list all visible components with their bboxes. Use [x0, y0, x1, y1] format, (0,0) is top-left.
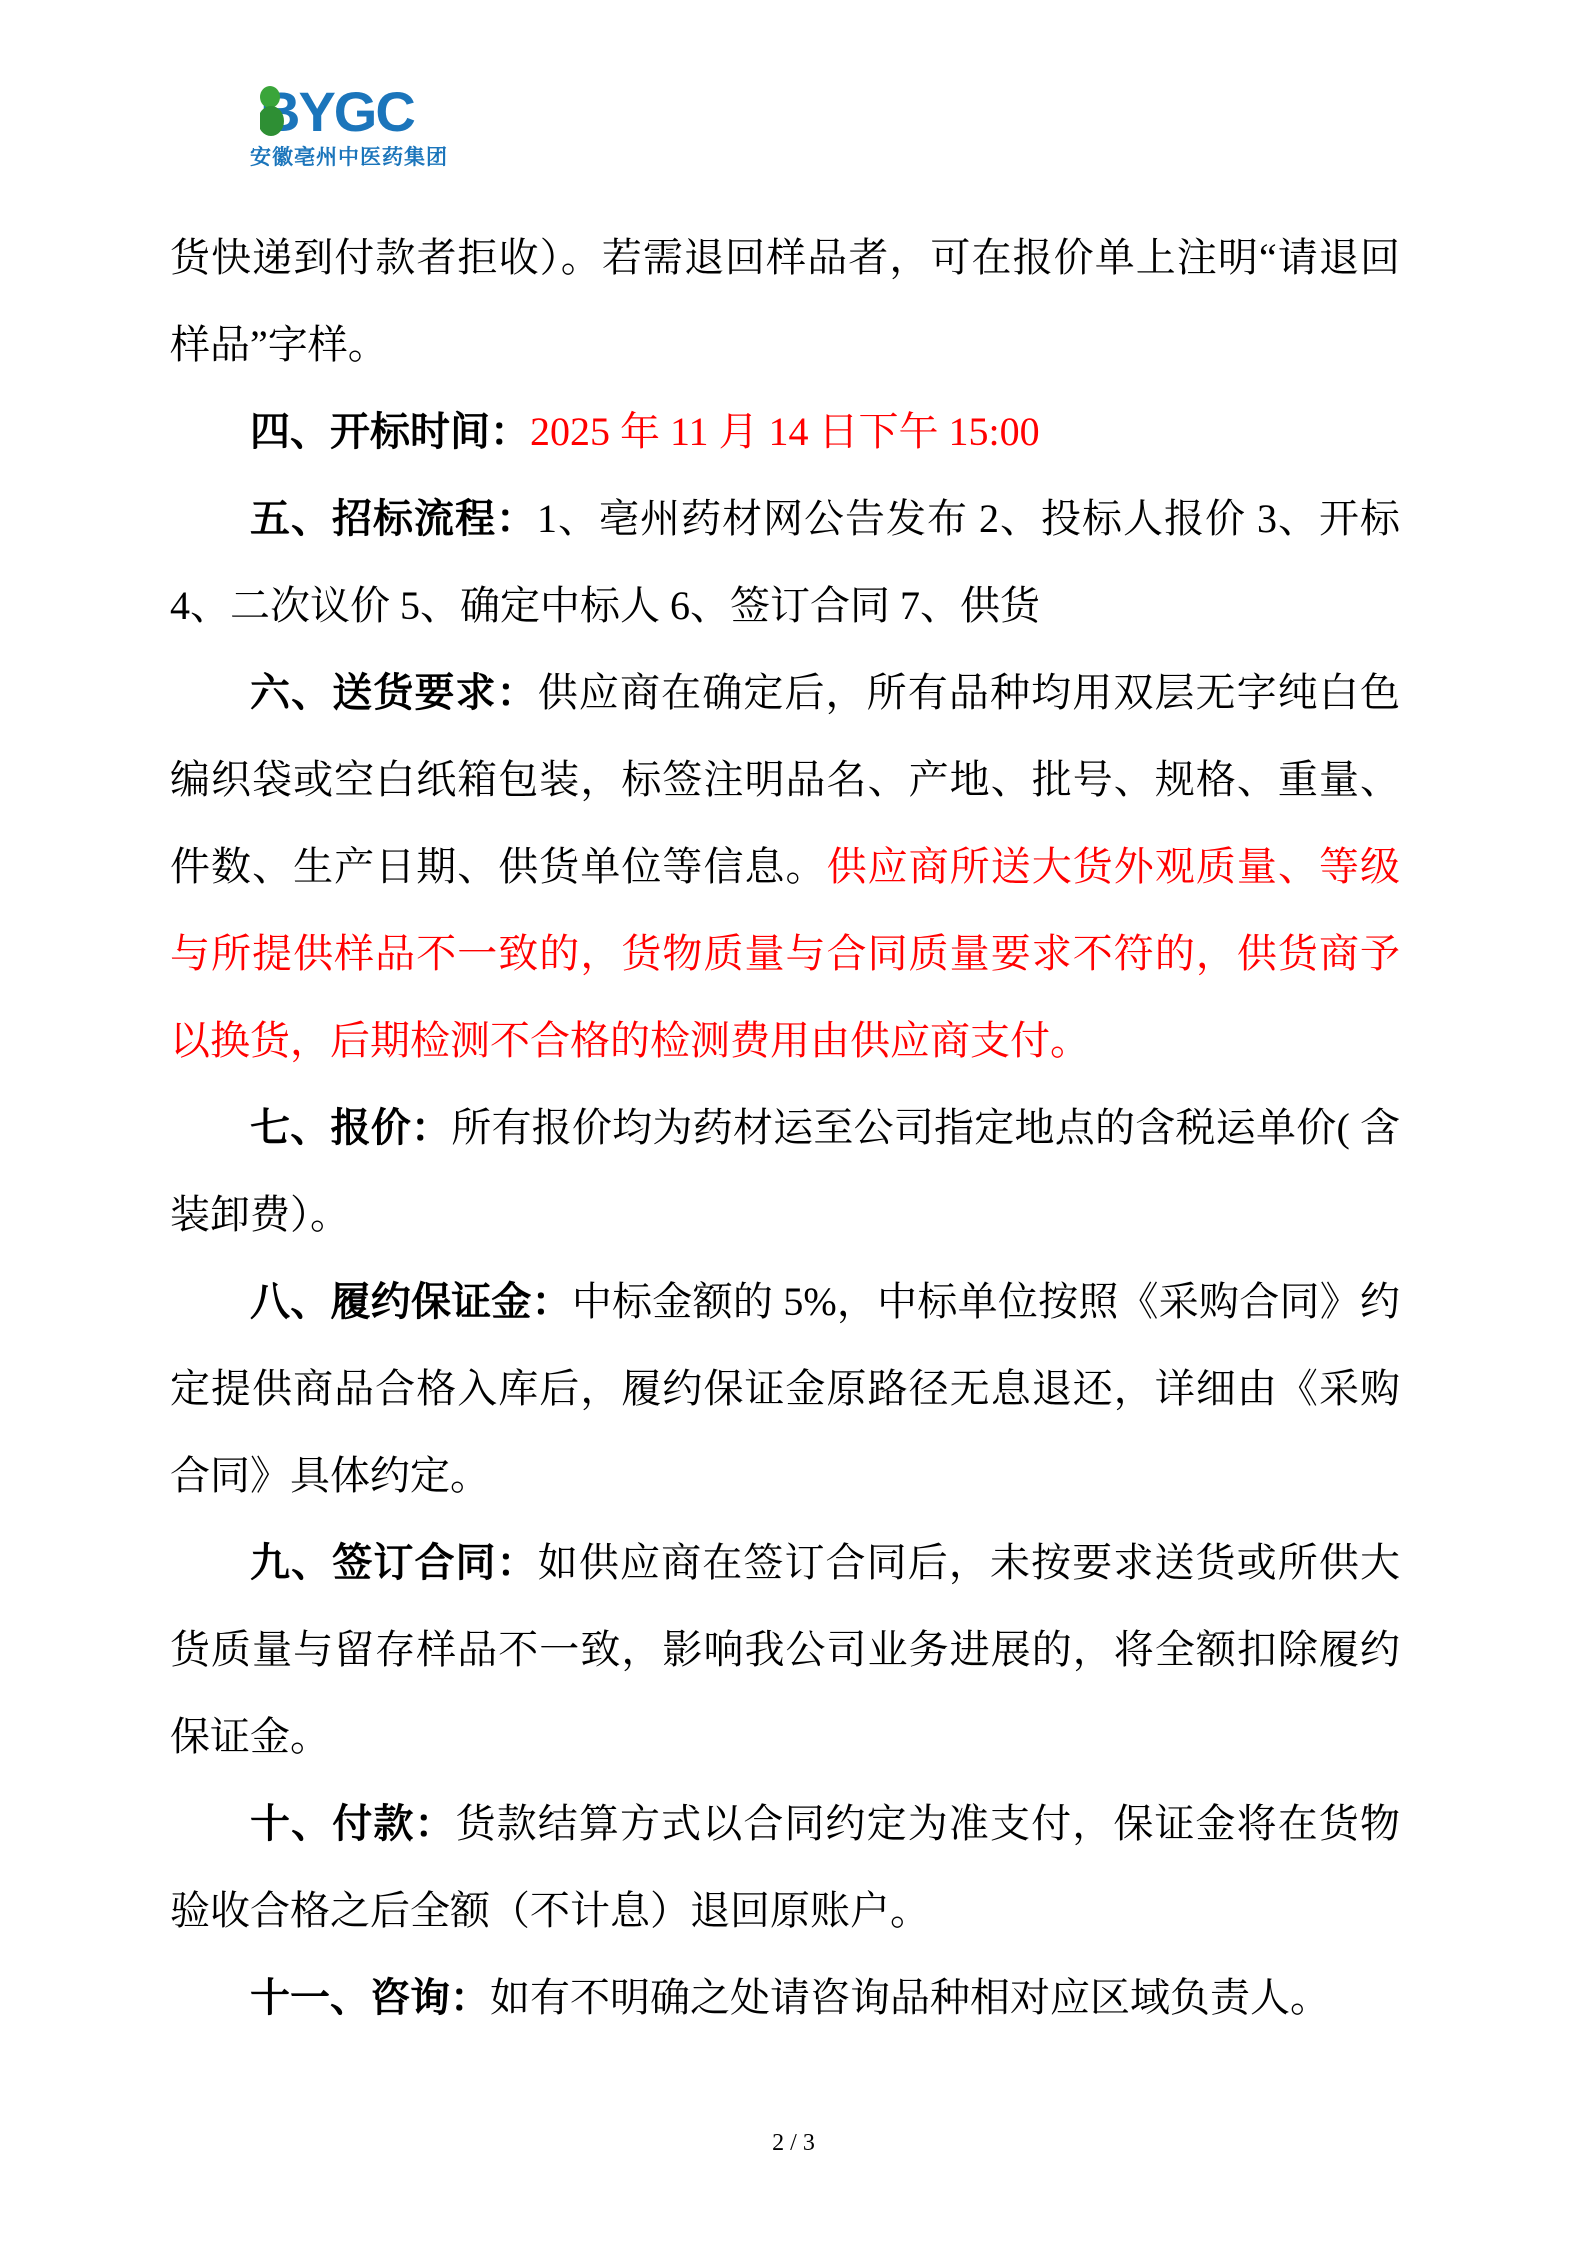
page-number: 2 / 3	[772, 2130, 815, 2156]
text-run-bold: 八、履约保证金：	[250, 1279, 572, 1324]
paragraph: 货快递到付款者拒收）。若需退回样品者，可在报价单上注明“请退回样品”字样。	[170, 214, 1400, 388]
text-run-red: 2025 年 11 月 14 日下午 15:00	[530, 409, 1040, 454]
paragraph: 六、送货要求：供应商在确定后，所有品种均用双层无字纯白色编织袋或空白纸箱包装，标…	[170, 649, 1400, 1084]
text-run-bold: 十一、咨询：	[250, 1975, 490, 2020]
logo-acronym-graphic: BYGC	[260, 80, 420, 140]
document-page: BYGC 安徽亳州中医药集团 货快递到付款者拒收）。若需退回样品者，可在报价单上…	[0, 0, 1587, 2245]
paragraph: 九、签订合同：如供应商在签订合同后，未按要求送货或所供大货质量与留存样品不一致，…	[170, 1519, 1400, 1780]
text-run-normal: 如有不明确之处请咨询品种相对应区域负责人。	[490, 1975, 1330, 2020]
paragraph: 七、报价：所有报价均为药材运至公司指定地点的含税运单价( 含装卸费）。	[170, 1084, 1400, 1258]
text-run-bold: 五、招标流程：	[250, 496, 537, 541]
paragraph: 五、招标流程：1、亳州药材网公告发布 2、投标人报价 3、开标 4、二次议价 5…	[170, 475, 1400, 649]
paragraph: 八、履约保证金：中标金额的 5%，中标单位按照《采购合同》约定提供商品合格入库后…	[170, 1258, 1400, 1519]
text-run-bold: 十、付款：	[250, 1801, 456, 1846]
paragraph: 十、付款：货款结算方式以合同约定为准支付，保证金将在货物验收合格之后全额（不计息…	[170, 1780, 1400, 1954]
company-logo: BYGC 安徽亳州中医药集团	[250, 80, 470, 171]
text-run-normal: 货快递到付款者拒收）。若需退回样品者，可在报价单上注明“请退回样品”字样。	[170, 235, 1400, 367]
text-run-bold: 四、开标时间：	[250, 409, 530, 454]
text-run-bold: 九、签订合同：	[250, 1540, 538, 1585]
text-run-bold: 七、报价：	[250, 1105, 451, 1150]
logo-company-name: 安徽亳州中医药集团	[250, 141, 470, 171]
text-run-bold: 六、送货要求：	[250, 670, 538, 715]
logo-acronym-text: BYGC	[260, 80, 414, 140]
page-footer: 2 / 3	[0, 2130, 1587, 2157]
paragraph: 四、开标时间：2025 年 11 月 14 日下午 15:00	[170, 388, 1400, 475]
document-body: 货快递到付款者拒收）。若需退回样品者，可在报价单上注明“请退回样品”字样。四、开…	[170, 214, 1400, 2041]
paragraph: 十一、咨询：如有不明确之处请咨询品种相对应区域负责人。	[170, 1954, 1400, 2041]
